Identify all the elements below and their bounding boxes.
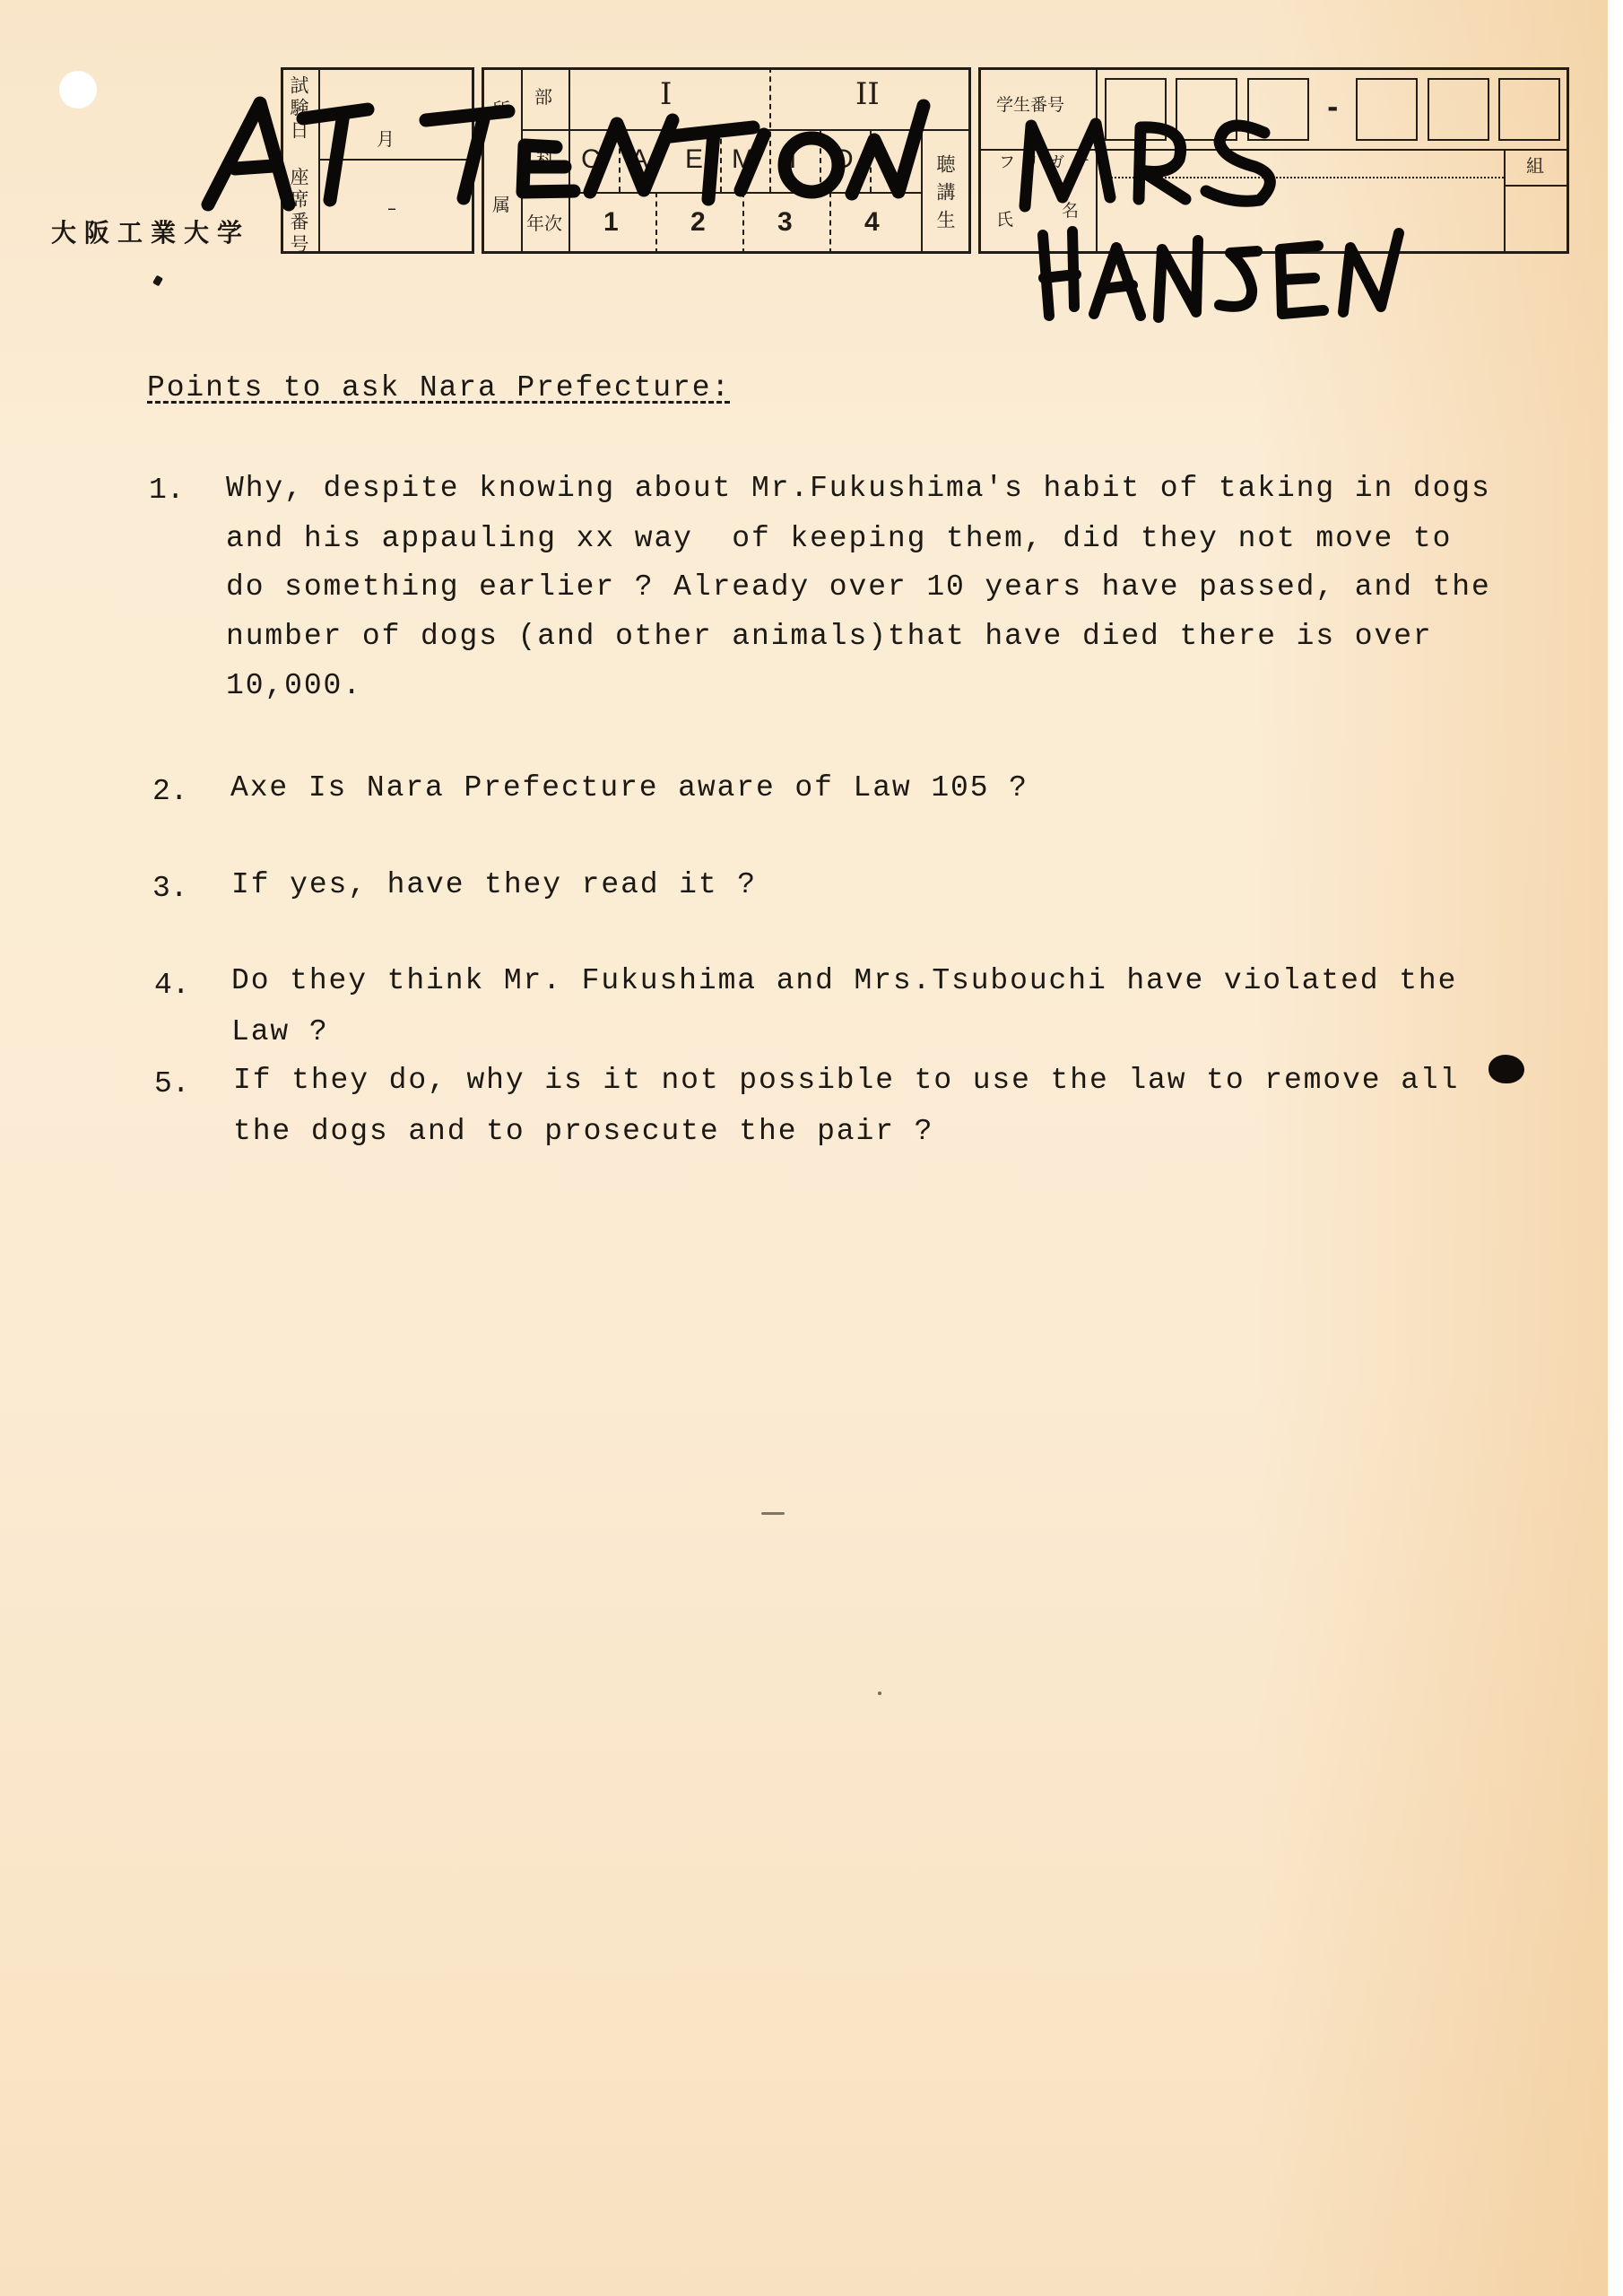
item-number: 4. — [154, 970, 190, 1000]
student-number-separator: - — [1327, 95, 1338, 122]
student-number-digit[interactable] — [1247, 78, 1309, 141]
year-option-3[interactable]: 3 — [777, 209, 793, 236]
item-text-line: 10,000. — [226, 671, 362, 700]
item-text-line: Do they think Mr. Fukushima and Mrs.Tsub… — [231, 966, 1457, 996]
name-label-2: 名 — [1062, 203, 1079, 220]
item-text-line: the dogs and to prosecute the pair ? — [233, 1117, 933, 1146]
department-label: 科 — [536, 151, 554, 169]
student-number-digit[interactable] — [1498, 78, 1560, 141]
student-number-digit[interactable] — [1356, 78, 1418, 141]
item-text-line: and his appauling xx way of keeping them… — [226, 524, 1452, 553]
document-title: Points to ask Nara Prefecture: — [147, 373, 731, 403]
seat-number-label: 座席番号 — [289, 167, 308, 257]
year-option-4[interactable]: 4 — [864, 209, 880, 236]
department-option-a[interactable]: A — [630, 146, 648, 173]
exam-date-label: 試験日 — [289, 75, 308, 143]
item-text-line: If yes, have they read it ? — [231, 870, 757, 900]
item-text-line: do something earlier ? Already over 10 y… — [226, 572, 1491, 602]
item-text-line: Law ? — [231, 1017, 329, 1047]
stray-mark — [878, 1692, 881, 1695]
name-label-1: 氏 — [996, 212, 1013, 229]
item-text-line: Axe Is Nara Prefecture aware of Law 105 … — [230, 773, 1028, 803]
department-option-i[interactable]: I — [789, 146, 796, 173]
group-label: 組 — [1526, 157, 1544, 175]
year-option-1[interactable]: 1 — [603, 209, 619, 236]
student-number-label: 学生番号 — [996, 97, 1064, 114]
division-label: 部 — [534, 88, 552, 106]
division-option-1[interactable]: I — [660, 79, 672, 109]
name-field[interactable] — [1098, 151, 1502, 252]
stray-mark — [152, 275, 163, 287]
punch-hole — [59, 71, 97, 109]
item-text-line: number of dogs (and other animals)that h… — [226, 622, 1433, 651]
department-option-c[interactable]: C — [581, 146, 601, 173]
group-field[interactable] — [1506, 187, 1567, 252]
university-name: 大阪工業大学 — [51, 213, 250, 249]
division-option-2[interactable]: II — [855, 79, 880, 109]
item-number: 3. — [152, 874, 188, 903]
item-number: 2. — [152, 777, 188, 806]
item-number: 1. — [149, 475, 185, 505]
item-text-line: If they do, why is it not possible to us… — [233, 1065, 1459, 1095]
affiliation-label-2: 属 — [492, 196, 510, 213]
stray-mark — [761, 1512, 785, 1515]
year-label: 年次 — [526, 214, 562, 232]
ink-blot — [1488, 1055, 1524, 1083]
student-number-digit[interactable] — [1105, 78, 1167, 141]
furigana-label: フリガナ — [999, 155, 1098, 171]
item-number: 5. — [154, 1069, 190, 1099]
seat-dash: – — [387, 199, 396, 217]
month-label: 月 — [377, 130, 395, 148]
student-number-digit[interactable] — [1176, 78, 1237, 141]
affiliation-label-1: 所 — [492, 100, 510, 118]
auditor-label[interactable]: 聴講生 — [935, 154, 954, 238]
department-option-e[interactable]: E — [685, 146, 703, 173]
student-number-digit[interactable] — [1428, 78, 1489, 141]
year-option-2[interactable]: 2 — [690, 209, 706, 236]
item-text-line: Why, despite knowing about Mr.Fukushima'… — [226, 474, 1491, 503]
department-option-m[interactable]: M — [732, 146, 754, 173]
paper-sheet: 大阪工業大学 試験日 座席番号 月 – 所 属 部 科 年次 I II C A — [0, 0, 1608, 2296]
title-underline — [147, 401, 730, 404]
department-option-d[interactable]: D — [834, 146, 854, 173]
